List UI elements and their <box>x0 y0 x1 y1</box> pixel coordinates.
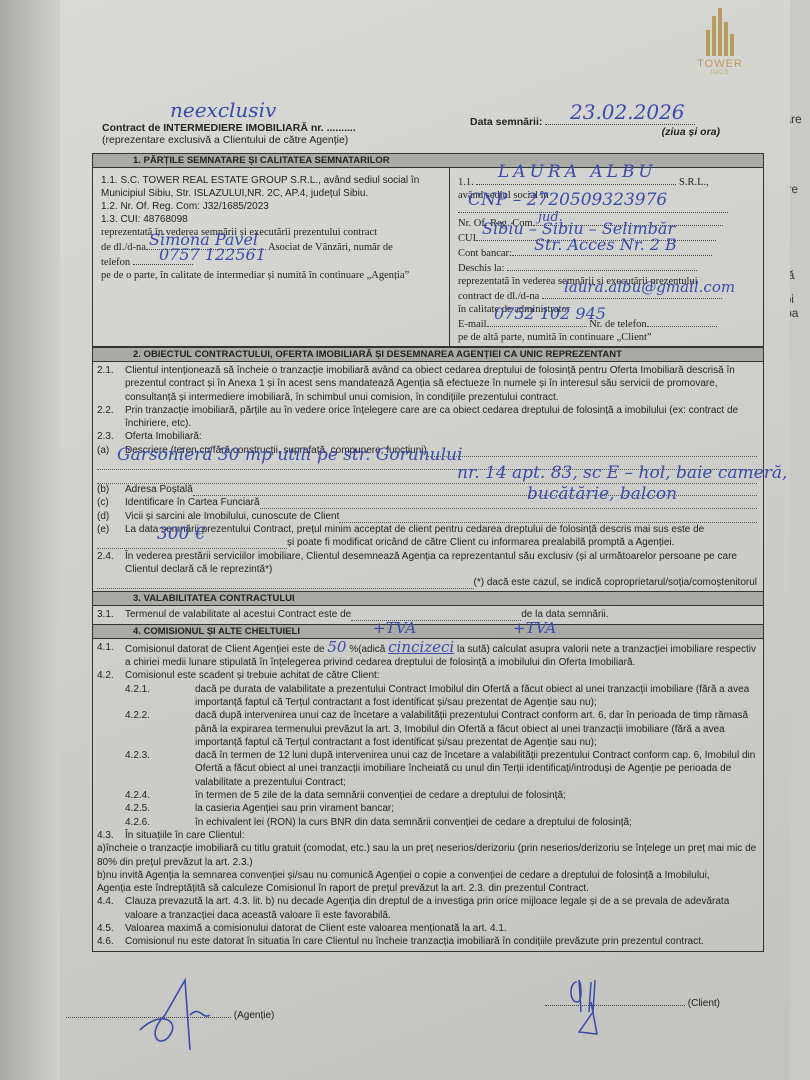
clause-4-1: 4.1. Comisionul datorat de Client Agenți… <box>97 641 757 670</box>
clause-num: 2.2. <box>97 404 125 431</box>
item-label: Identificare în Cartea Funciară <box>125 496 260 509</box>
client-name-label: 1.1. <box>458 177 474 188</box>
rep-suffix: Asociat de Vânzări, număr de <box>268 242 393 253</box>
date-note: (ziua și ora) <box>662 126 720 138</box>
phone-label: telefon <box>101 257 130 268</box>
section-3-heading: 3. VALABILITATEA CONTRACTULUI <box>93 591 763 606</box>
subclause-num: 4.2.3. <box>97 749 195 789</box>
representatives-field[interactable] <box>97 576 474 589</box>
item-field[interactable] <box>427 444 757 457</box>
section-3-body: 3.1.Termenul de valabilitate al acestui … <box>93 606 763 623</box>
price-handwritten: 300 € <box>157 528 206 541</box>
client-bank-row: Cont bancar: Str. Acces Nr. 2 B <box>458 245 755 260</box>
subclause-num: 4.2.6. <box>97 816 195 829</box>
phone-handwritten: 0757 122561 <box>159 248 266 261</box>
client-signature-label: (Client) <box>688 998 720 1009</box>
page-shadow <box>0 0 60 1080</box>
section-4-heading: 4. COMISIONUL ȘI ALTE CHELTUIELI +TVA +T… <box>93 624 763 639</box>
defects-field[interactable] <box>339 510 757 523</box>
clause-text: Oferta Imobiliară: <box>125 430 757 443</box>
clause-4-2: 4.2.Comisionul este scadent și trebuie a… <box>97 669 757 682</box>
client-name-row: 1.1. S.R.L., LAURA ALBU <box>458 174 755 189</box>
item-label: Adresa Poștală <box>125 483 193 496</box>
desc-handwritten-1: Garsonieră 30 mp utili pe str. Gorunului <box>117 449 462 462</box>
date-value: 23.02.2026 <box>570 100 685 124</box>
contract-title: Contract de INTERMEDIERE IMOBILIARĂ nr. … <box>102 122 356 134</box>
clause-text: Comisionul datorat de Client Agenției es… <box>125 641 757 670</box>
agency-name: 1.1. S.C. TOWER REAL ESTATE GROUP S.R.L.… <box>101 174 441 200</box>
subclause-num: 4.2.1. <box>97 683 195 710</box>
clause-text: Clientul intenționează să încheie o tran… <box>125 364 757 404</box>
clause-4-2-4: 4.2.4.în termen de 5 zile de la data sem… <box>97 789 757 802</box>
clause-num: 4.3. <box>97 829 125 842</box>
clause-3-1: 3.1.Termenul de valabilitate al acestui … <box>97 608 757 621</box>
agency-reg: 1.2. Nr. Of. Reg. Com: J32/1685/2023 <box>101 200 441 213</box>
commission-percent: 50 <box>327 638 346 656</box>
logo-name: TOWER <box>690 58 750 70</box>
clause-num: 4.1. <box>97 641 125 670</box>
clause-num: 3.1. <box>97 608 125 621</box>
client-contract-handwritten: laura.albu@gmail.com <box>564 281 735 294</box>
commission-words-label: %(adică <box>349 644 385 655</box>
client-signature-icon <box>565 972 625 1042</box>
agency-signature-icon <box>130 975 240 1055</box>
item-letter: (e) <box>97 523 125 536</box>
clause-num: 4.2. <box>97 669 125 682</box>
offer-item-d: (d)Vicii și sarcini ale Imobilului, cuno… <box>97 510 757 523</box>
clause-text: Prin tranzacție imobiliară, părțile au î… <box>125 404 757 431</box>
client-name-handwritten: LAURA ALBU <box>498 166 657 179</box>
clause-text: Clauza prevazută la art. 4.3. lit. b) nu… <box>125 895 757 922</box>
desc-handwritten-3: bucătărie, balcon <box>527 488 677 501</box>
contract-title-block: Contract de INTERMEDIERE IMOBILIARĂ nr. … <box>102 122 356 146</box>
subclause-num: 4.2.2. <box>97 709 195 749</box>
section-4-title: 4. COMISIONUL ȘI ALTE CHELTUIELI <box>133 626 300 637</box>
item-letter: (b) <box>97 483 125 496</box>
clause-4-3-b: b)nu invită Agenția la semnarea convenți… <box>97 869 757 882</box>
offer-desc-line-2: nr. 14 apt. 83, sc E – hol, baie cameră, <box>97 471 757 483</box>
price-suffix: și poate fi modificat oricând de către C… <box>287 536 757 549</box>
clause-4-6: 4.6.Comisionul nu este datorat în situat… <box>97 935 757 948</box>
client-phone-field[interactable] <box>647 316 717 327</box>
logo-sub: IMOB <box>690 70 750 76</box>
item-letter: (c) <box>97 496 125 509</box>
client-bank-label: Cont bancar: <box>458 248 512 259</box>
clause-4-4: 4.4.Clauza prevazută la art. 4.3. lit. b… <box>97 895 757 922</box>
subclause-num: 4.2.5. <box>97 802 195 815</box>
client-email-handwritten: 0752 102 945 <box>494 307 606 320</box>
section-2-body: 2.1.Clientul intenționează să încheie o … <box>93 362 763 591</box>
clause-4-2-6: 4.2.6.în echivalent lei (RON) la curs BN… <box>97 816 757 829</box>
contract-subtitle: (reprezentare exclusivă a Clientului de … <box>102 134 356 146</box>
building-icon <box>690 8 750 56</box>
client-bank-handwritten: Str. Acces Nr. 2 B <box>534 238 677 251</box>
clause-4-2-3: 4.2.3.dacă în termen de 12 luni după int… <box>97 749 757 789</box>
client-cnp-row: CNP – 2720509323976 <box>458 202 755 215</box>
clause-4-3: 4.3.În situațiile în care Clientul: <box>97 829 757 842</box>
clause-text: Comisionul este scadent și trebuie achit… <box>125 669 757 682</box>
rep-label: de dl./d-na <box>101 242 146 253</box>
client-cui-label: CUI <box>458 233 476 244</box>
section-4-body: 4.1. Comisionul datorat de Client Agenți… <box>93 639 763 951</box>
footnote: (*) dacă este cazul, se indică coproprie… <box>474 576 757 589</box>
subclause-text: dacă după intervenirea unui caz de încet… <box>195 709 757 749</box>
clause-num: 2.4. <box>97 550 125 577</box>
tva-handwritten-1: +TVA <box>373 619 416 637</box>
contract-body: 1. PĂRȚILE SEMNATARE ȘI CALITATEA SEMNAT… <box>92 153 764 952</box>
clause-2-3: 2.3.Oferta Imobiliară: <box>97 430 757 443</box>
item-label: La data semnării prezentului Contract, p… <box>125 523 757 536</box>
client-cnp-handwritten: CNP – 2720509323976 <box>468 194 667 207</box>
client-opened-label: Deschis la: <box>458 263 504 274</box>
clause-4-2-2: 4.2.2.dacă după intervenirea unui caz de… <box>97 709 757 749</box>
client-contract-row: contract de dl./d-na laura.albu@gmail.co… <box>458 288 755 303</box>
clause-text: Comisionul nu este datorat în situatia î… <box>125 935 757 948</box>
commission-label: Comisionul datorat de Client Agenției es… <box>125 644 325 655</box>
client-email-label: E-mail <box>458 319 487 330</box>
clause-num: 2.3. <box>97 430 125 443</box>
clause-2-2: 2.2.Prin tranzacție imobiliară, părțile … <box>97 404 757 431</box>
subclause-text: în termen de 5 zile de la data semnării … <box>195 789 757 802</box>
clause-text: Termenul de valabilitate al acestui Cont… <box>125 608 351 621</box>
clause-2-4: 2.4.În vederea prestării serviciilor imo… <box>97 550 757 577</box>
client-cui-handwritten: Sibiu – Sibiu – Selimbăr <box>482 222 675 235</box>
agency-phone-row: telefon 0757 122561 <box>101 254 441 269</box>
commission-words: cincizeci <box>388 638 454 656</box>
agency-rep-row: de dl./d-na Asociat de Vânzări, număr de… <box>101 239 441 254</box>
subclause-num: 4.2.4. <box>97 789 195 802</box>
footnote-row: (*) dacă este cazul, se indică coproprie… <box>97 576 757 589</box>
client-party: 1.1. S.R.L., LAURA ALBU având sediul soc… <box>450 168 763 346</box>
client-opened-row: Deschis la: <box>458 260 755 275</box>
tower-logo: TOWER IMOB <box>690 8 750 78</box>
client-contract-label: contract de dl./d-na <box>458 291 539 302</box>
agency-cui: 1.3. CUI: 48768098 <box>101 213 441 226</box>
clause-text: În situațiile în care Clientul: <box>125 829 757 842</box>
clause-num: 4.4. <box>97 895 125 922</box>
desc-handwritten-2: nr. 14 apt. 83, sc E – hol, baie cameră, <box>457 467 787 480</box>
clause-num: 4.5. <box>97 922 125 935</box>
agency-party: 1.1. S.C. TOWER REAL ESTATE GROUP S.R.L.… <box>93 168 450 346</box>
client-opened-field[interactable] <box>507 260 697 271</box>
date-label: Data semnării: <box>470 116 542 128</box>
client-email-row: E-mail Nr. de telefon 0752 102 945 <box>458 316 755 331</box>
clause-text: În vederea prestării serviciilor imobili… <box>125 550 757 577</box>
handwritten-note: neexclusiv <box>170 98 276 122</box>
item-letter: (d) <box>97 510 125 523</box>
client-srl: S.R.L., <box>679 177 709 188</box>
clause-4-5: 4.5.Valoarea maximă a comisionului dator… <box>97 922 757 935</box>
clause-4-3-a: a)încheie o tranzacție imobiliară cu tit… <box>97 842 757 869</box>
clause-2-1: 2.1.Clientul intenționează să încheie o … <box>97 364 757 404</box>
clause-4-3-c: Agenția este îndreptățită să calculeze C… <box>97 882 757 895</box>
item-label: Vicii și sarcini ale Imobilului, cunoscu… <box>125 510 339 523</box>
tva-handwritten-2: +TVA <box>513 619 556 637</box>
clause-4-2-5: 4.2.5.la casieria Agenției sau prin vira… <box>97 802 757 815</box>
agency-closing: pe de o parte, în calitate de intermedia… <box>101 269 441 282</box>
clause-text: Valoarea maximă a comisionului datorat d… <box>125 922 757 935</box>
signing-date-block: Data semnării: 23.02.2026 (ziua și ora) <box>470 112 720 128</box>
parties-table: 1.1. S.C. TOWER REAL ESTATE GROUP S.R.L.… <box>93 168 763 347</box>
subclause-text: la casieria Agenției sau prin virament b… <box>195 802 757 815</box>
client-closing: pe de altă parte, numită în continuare „… <box>458 331 755 344</box>
subclause-text: dacă pe durata de valabilitate a prezent… <box>195 683 757 710</box>
section-1-heading: 1. PĂRȚILE SEMNATARE ȘI CALITATEA SEMNAT… <box>93 154 763 168</box>
subclause-text: în echivalent lei (RON) la curs BNR din … <box>195 816 757 829</box>
clause-4-2-1: 4.2.1.dacă pe durata de valabilitate a p… <box>97 683 757 710</box>
section-2-heading: 2. OBIECTUL CONTRACTULUI, OFERTA IMOBILI… <box>93 347 763 362</box>
clause-num: 4.6. <box>97 935 125 948</box>
land-registry-field[interactable] <box>260 496 757 509</box>
price-row: și poate fi modificat oricând de către C… <box>97 536 757 549</box>
contract-page: TOWER IMOB neexclusiv Contract de INTERM… <box>0 0 790 1080</box>
offer-item-c: (c)Identificare în Cartea Funciară bucăt… <box>97 496 757 509</box>
clause-num: 2.1. <box>97 364 125 404</box>
subclause-text: dacă în termen de 12 luni după interveni… <box>195 749 757 789</box>
